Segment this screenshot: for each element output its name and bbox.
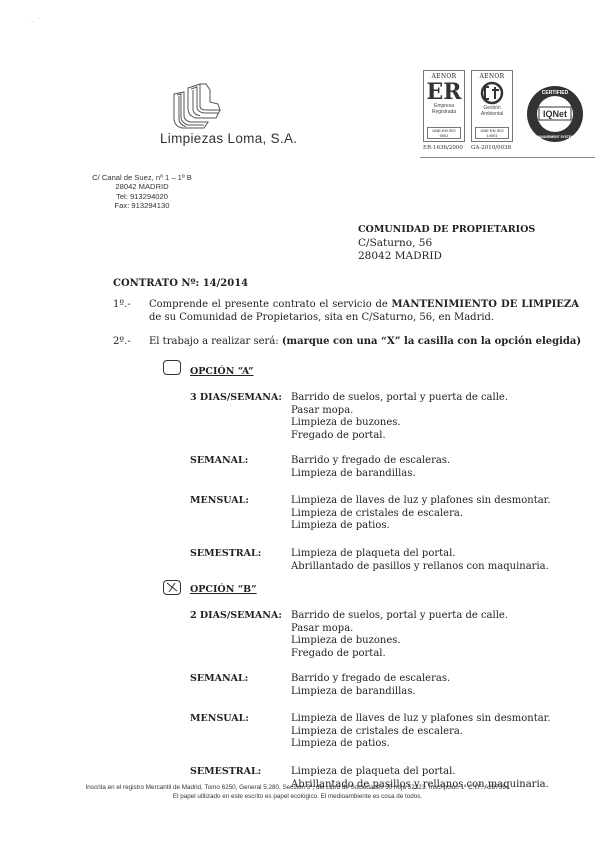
company-name: Limpiezas Loma, S.A. bbox=[160, 131, 297, 146]
task-item: Barrido de suelos, portal y puerta de ca… bbox=[291, 392, 508, 405]
option-a-title: OPCIÓN “A” bbox=[190, 366, 254, 377]
schedule-tasks: Barrido y fregado de escaleras.Limpieza … bbox=[291, 673, 450, 698]
task-item: Pasar mopa. bbox=[291, 405, 508, 418]
task-item: Limpieza de cristales de escalera. bbox=[291, 726, 551, 739]
task-item: Barrido y fregado de escaleras. bbox=[291, 673, 450, 686]
contract-number: CONTRATO Nº: 14/2014 bbox=[113, 278, 248, 289]
cert-code: ER-1636/2000 bbox=[423, 145, 463, 151]
cert-norm: UNE-EN ISO 9001 bbox=[427, 127, 461, 139]
schedule-tasks: Limpieza de llaves de luz y plafones sin… bbox=[291, 495, 551, 533]
iqnet-certified-seal-icon: IQNet CERTIFIED MANAGEMENT SYSTEM bbox=[525, 84, 585, 144]
schedule-tasks: Barrido y fregado de escaleras.Limpieza … bbox=[291, 455, 450, 480]
option-b-checkbox[interactable] bbox=[163, 580, 181, 595]
svg-text:CERTIFIED: CERTIFIED bbox=[542, 90, 569, 96]
sender-phone: Tel: 913294020 bbox=[88, 192, 196, 201]
x-mark-icon bbox=[163, 580, 181, 595]
task-item: Pasar mopa. bbox=[291, 623, 508, 636]
aenor-ga-certification: AENOR Gestión Ambiental UNE EN ISO 14001 bbox=[471, 70, 513, 142]
recipient-city: 28042 MADRID bbox=[358, 250, 535, 264]
task-item: Limpieza de plaqueta del portal. bbox=[291, 766, 549, 779]
schedule-label: SEMESTRAL: bbox=[190, 548, 261, 559]
task-item: Limpieza de patios. bbox=[291, 520, 551, 533]
svg-text:IQNet: IQNet bbox=[543, 109, 567, 119]
cert-norm: UNE EN ISO 14001 bbox=[475, 127, 509, 139]
option-a-checkbox[interactable] bbox=[163, 360, 181, 375]
task-item: Fregado de portal. bbox=[291, 648, 508, 661]
task-item: Limpieza de barandillas. bbox=[291, 686, 450, 699]
sender-fax: Fax: 913294130 bbox=[88, 201, 196, 210]
schedule-tasks: Barrido de suelos, portal y puerta de ca… bbox=[291, 610, 508, 660]
recipient-name: COMUNIDAD DE PROPIETARIOS bbox=[358, 223, 535, 237]
task-item: Abrillantado de pasillos y rellanos con … bbox=[291, 561, 549, 574]
recipient-street: C/Saturno, 56 bbox=[358, 237, 535, 251]
schedule-label: MENSUAL: bbox=[190, 495, 249, 506]
footer-eco-note: El papel utilizado en este escrito es pa… bbox=[0, 792, 595, 801]
schedule-tasks: Limpieza de llaves de luz y plafones sin… bbox=[291, 713, 551, 751]
svg-text:MANAGEMENT SYSTEM: MANAGEMENT SYSTEM bbox=[536, 135, 574, 139]
schedule-label: 3 DIAS/SEMANA: bbox=[190, 392, 282, 403]
cert-subtitle: Ambiental bbox=[472, 112, 512, 118]
option-b-title: OPCIÓN “B” bbox=[190, 584, 257, 595]
task-item: Limpieza de cristales de escalera. bbox=[291, 508, 551, 521]
sender-address: C/ Canal de Suez, nº 1 – 1º B 28042 MADR… bbox=[88, 173, 196, 210]
clause-2-number: 2º.- bbox=[113, 336, 131, 347]
clause-1-number: 1º.- bbox=[113, 299, 131, 310]
task-item: Limpieza de buzones. bbox=[291, 635, 508, 648]
header-divider bbox=[420, 157, 595, 158]
task-item: Barrido de suelos, portal y puerta de ca… bbox=[291, 610, 508, 623]
sender-street: C/ Canal de Suez, nº 1 – 1º B bbox=[88, 173, 196, 182]
aenor-er-certification: AENOR ER Empresa Registrada UNE-EN ISO 9… bbox=[423, 70, 465, 142]
sender-city: 28042 MADRID bbox=[88, 182, 196, 191]
schedule-tasks: Limpieza de plaqueta del portal.Abrillan… bbox=[291, 548, 549, 573]
task-item: Limpieza de buzones. bbox=[291, 417, 508, 430]
cert-code: GA-2010/0038 bbox=[471, 145, 511, 151]
schedule-label: SEMANAL: bbox=[190, 455, 248, 466]
schedule-label: 2 DIAS/SEMANA: bbox=[190, 610, 282, 621]
clause-2-text: El trabajo a realizar será: (marque con … bbox=[149, 336, 581, 349]
task-item: Barrido y fregado de escaleras. bbox=[291, 455, 450, 468]
schedule-label: MENSUAL: bbox=[190, 713, 249, 724]
company-logo-icon bbox=[170, 80, 226, 130]
er-mark-icon: ER bbox=[424, 80, 464, 104]
schedule-label: SEMANAL: bbox=[190, 673, 248, 684]
recipient-address: COMUNIDAD DE PROPIETARIOS C/Saturno, 56 … bbox=[358, 223, 535, 264]
clause-1-text: Comprende el presente contrato el servic… bbox=[149, 299, 579, 324]
schedule-tasks: Barrido de suelos, portal y puerta de ca… bbox=[291, 392, 508, 442]
task-item: Fregado de portal. bbox=[291, 430, 508, 443]
cert-subtitle: Registrada bbox=[424, 110, 464, 116]
task-item: Limpieza de patios. bbox=[291, 738, 551, 751]
ga-mark-icon bbox=[472, 80, 512, 106]
task-item: Limpieza de llaves de luz y plafones sin… bbox=[291, 713, 551, 726]
cert-title: AENOR bbox=[472, 73, 512, 80]
task-item: Limpieza de llaves de luz y plafones sin… bbox=[291, 495, 551, 508]
schedule-label: SEMESTRAL: bbox=[190, 766, 261, 777]
task-item: Limpieza de plaqueta del portal. bbox=[291, 548, 549, 561]
task-item: Limpieza de barandillas. bbox=[291, 468, 450, 481]
scan-specks: · ˙ ,˙ ˜ bbox=[26, 18, 40, 24]
footer-registry: Inscrita en el registro Mercantil de Mad… bbox=[0, 783, 595, 792]
